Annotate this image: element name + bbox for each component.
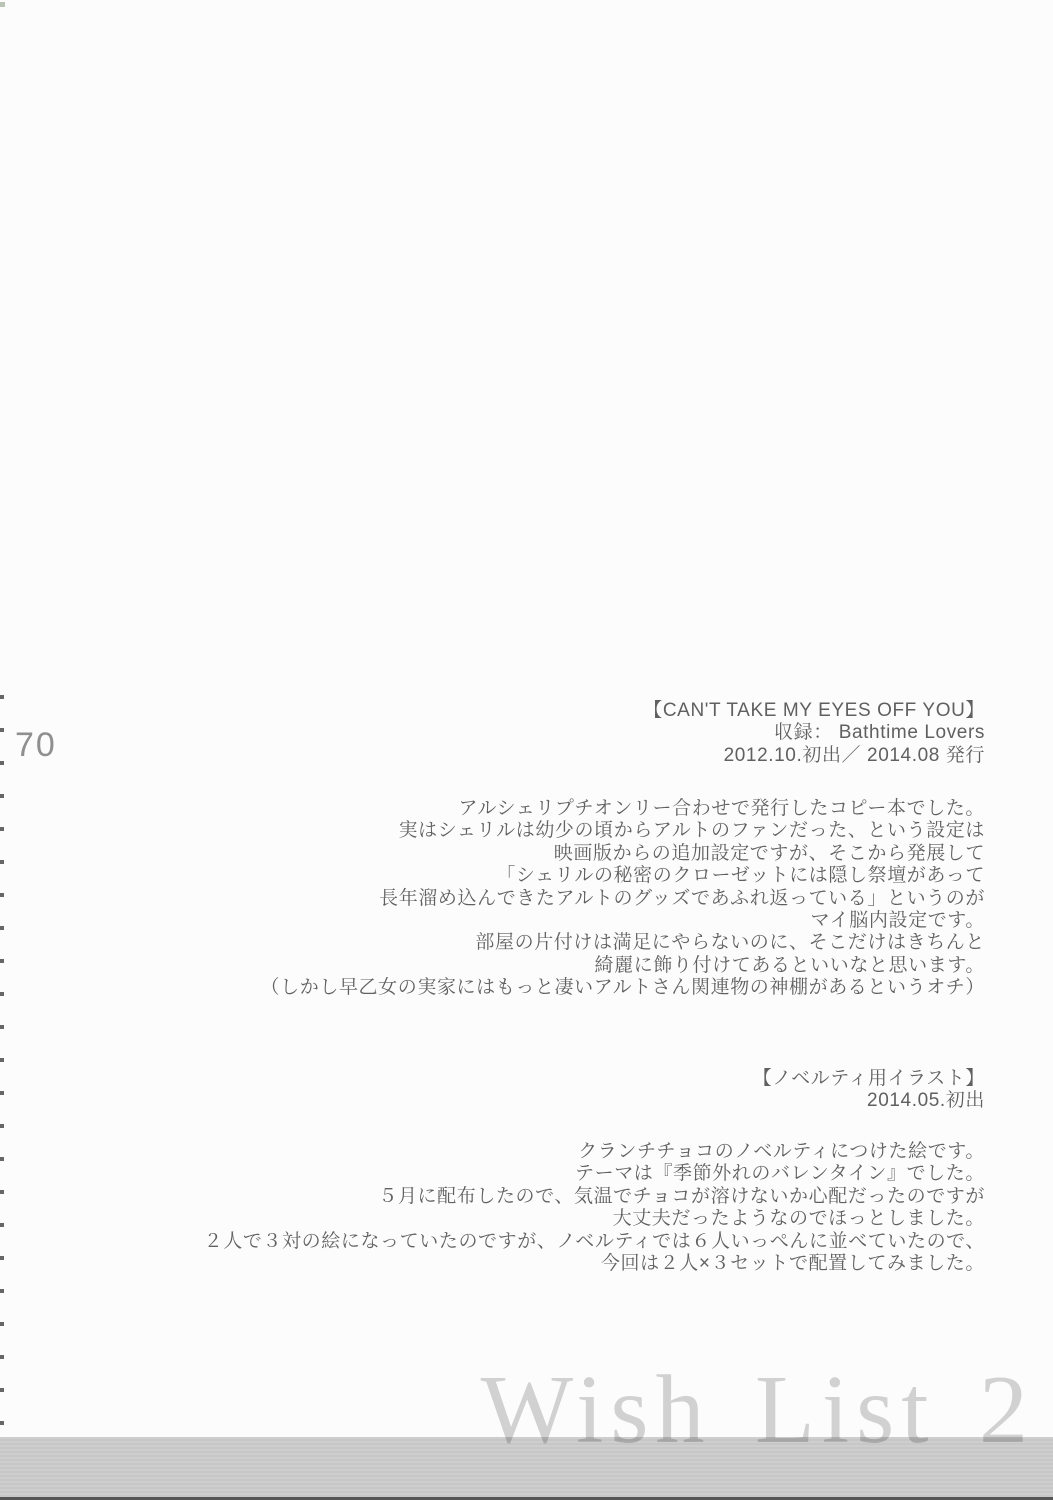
text-line: 映画版からの追加設定ですが、そこから発展して [261, 843, 985, 865]
section1-title: 【CAN'T TAKE MY EYES OFF YOU】 [643, 700, 985, 722]
text-line: マイ脳内設定です。 [261, 910, 985, 932]
section2-title: 【ノベルティ用イラスト】 [753, 1068, 985, 1090]
section2-body: クランチチョコのノベルティにつけた絵です。テーマは『季節外れのバレンタイン』でし… [204, 1141, 985, 1275]
watermark-title-text: Wish List 2 [481, 1360, 1035, 1460]
text-line: 長年溜め込んできたアルトのグッズであふれ返っている」というのが [261, 888, 985, 910]
section1-subtitle: 収録： Bathtime Lovers [643, 722, 985, 744]
left-edge-binding-marks [0, 695, 4, 1495]
text-line: 部屋の片付けは満足にやらないのに、そこだけはきちんと [261, 932, 985, 954]
section2-date-line: 2014.05.初出 [753, 1090, 985, 1112]
text-line: テーマは『季節外れのバレンタイン』でした。 [204, 1163, 985, 1185]
text-line: アルシェリプチオンリー合わせで発行したコピー本でした。 [261, 798, 985, 820]
text-line: クランチチョコのノベルティにつけた絵です。 [204, 1141, 985, 1163]
section1-body: アルシェリプチオンリー合わせで発行したコピー本でした。実はシェリルは幼少の頃から… [261, 798, 985, 1000]
scan-edge-dot [0, 2, 5, 7]
text-line: 実はシェリルは幼少の頃からアルトのファンだった、という設定は [261, 820, 985, 842]
section1-date-line: 2012.10.初出／ 2014.08 発行 [643, 745, 985, 767]
text-line: 綺麗に飾り付けてあるといいなと思います。 [261, 955, 985, 977]
text-line: （しかし早乙女の実家にはもっと凄いアルトさん関連物の神棚があるというオチ） [261, 977, 985, 999]
scanned-doujinshi-afterword-page: 70 【CAN'T TAKE MY EYES OFF YOU】 収録： Bath… [0, 0, 1053, 1500]
text-line: 今回は２人×３セットで配置してみました。 [204, 1253, 985, 1275]
section1-header: 【CAN'T TAKE MY EYES OFF YOU】 収録： Bathtim… [643, 700, 985, 767]
text-line: ５月に配布したので、気温でチョコが溶けないか心配だったのですが [204, 1186, 985, 1208]
text-line: ２人で３対の絵になっていたのですが、ノベルティでは６人いっぺんに並べていたので、 [204, 1231, 985, 1253]
text-line: 「シェリルの秘密のクローゼットには隠し祭壇があって [261, 865, 985, 887]
text-line: 大丈夫だったようなのでほっとしました。 [204, 1208, 985, 1230]
section2-header: 【ノベルティ用イラスト】 2014.05.初出 [753, 1068, 985, 1113]
page-number: 70 [15, 726, 57, 765]
